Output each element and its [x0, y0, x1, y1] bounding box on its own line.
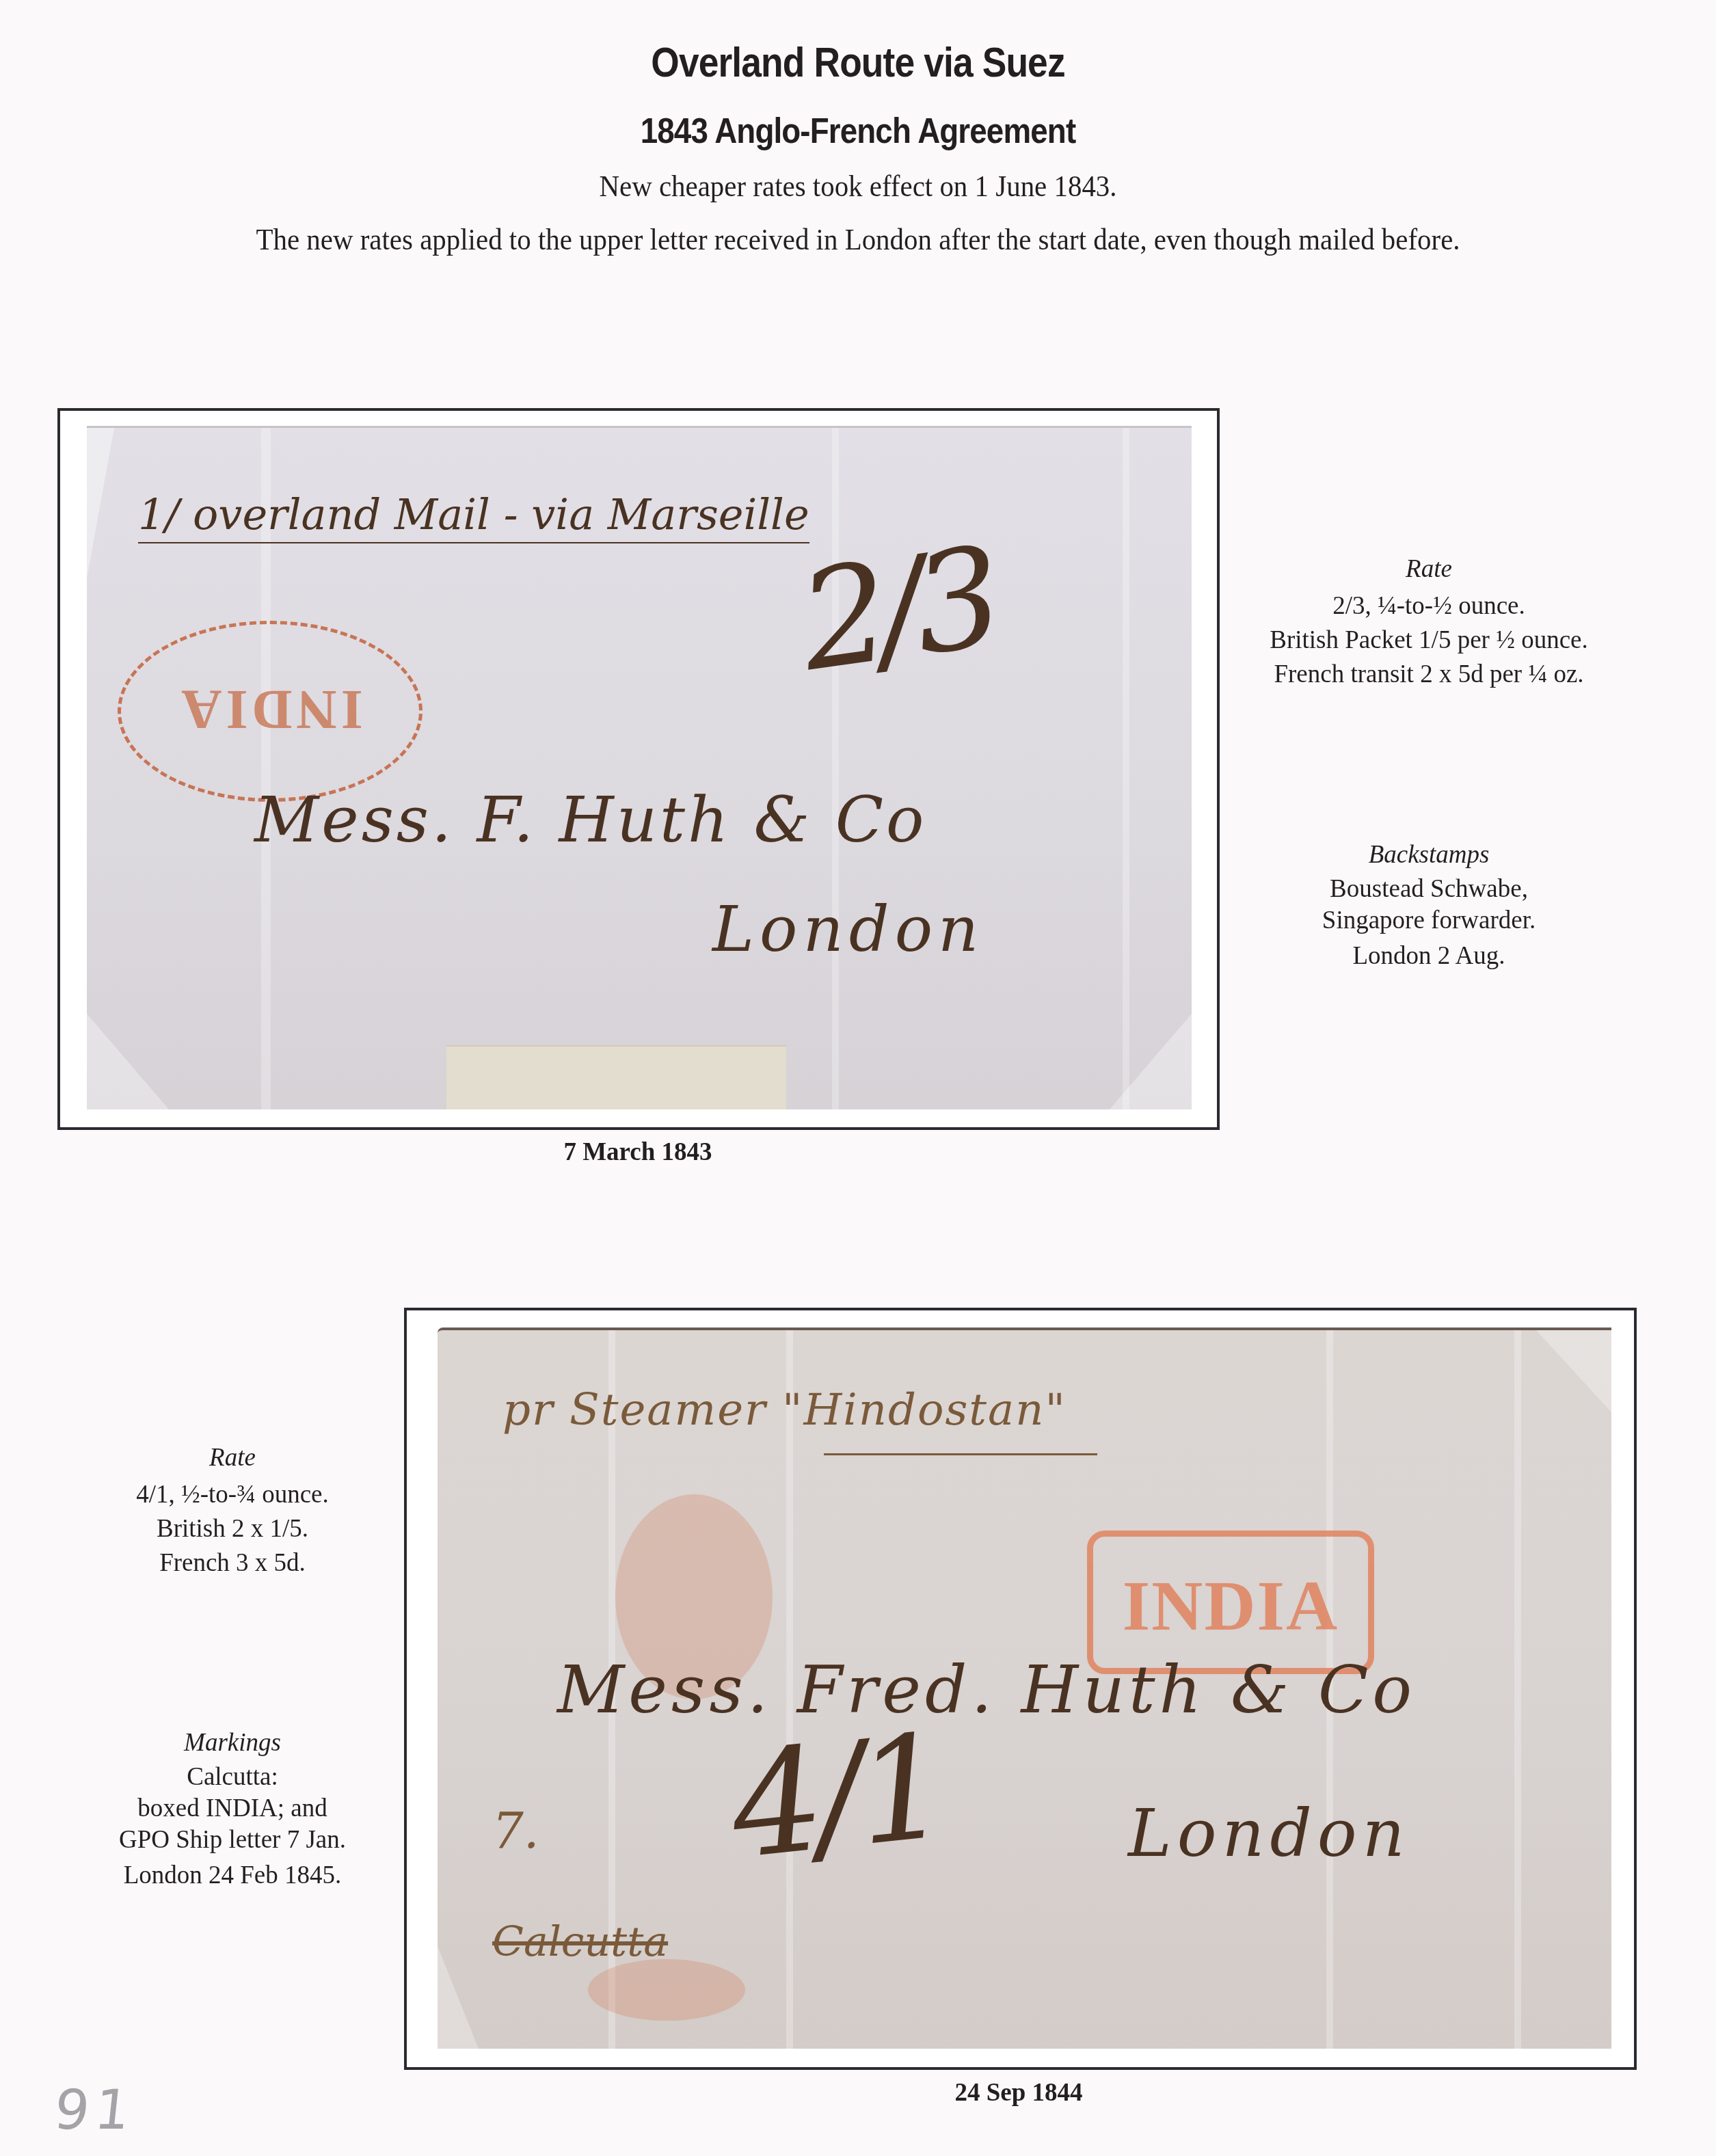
cover-1-date-caption: 7 March 1843 [501, 1137, 775, 1168]
corner-fold [87, 1014, 169, 1109]
note-line: 4/1, ½-to-¾ ounce. [68, 1478, 397, 1512]
note-line: London 2 Aug. [1224, 941, 1634, 972]
route-underline [824, 1453, 1097, 1455]
oval-india-handstamp: INDIA [118, 621, 423, 802]
handstamp-text: INDIA [1093, 1565, 1368, 1647]
cover-2-date-caption: 24 Sep 1844 [882, 2078, 1155, 2108]
manuscript-charge: 2/3 [791, 518, 1003, 703]
note-line: London 24 Feb 1845. [68, 1860, 397, 1891]
corner-fold [438, 1946, 479, 2049]
fold-line [832, 428, 839, 1109]
note-line: British 2 x 1/5. [68, 1512, 397, 1546]
manuscript-address-line-1: Mess. Fred. Huth & Co [557, 1652, 1416, 1728]
note-heading: Rate [68, 1441, 397, 1475]
manuscript-address-line-2: London [1128, 1795, 1410, 1872]
manuscript-origin: Calcutta [492, 1918, 668, 1966]
note-line: Calcutta: [68, 1762, 397, 1793]
archival-label-strip [446, 1045, 786, 1109]
page-title: Overland Route via Suez [120, 37, 1596, 89]
manuscript-route: 1/ overland Mail - via Marseille [138, 489, 809, 543]
note-heading: Markings [68, 1727, 397, 1759]
note-heading: Backstamps [1224, 839, 1634, 871]
note-line: French transit 2 x 5d per ¼ oz. [1224, 658, 1634, 692]
note-line: GPO Ship letter 7 Jan. [68, 1824, 397, 1856]
manuscript-address-line-1: Mess. F. Huth & Co [254, 783, 926, 857]
manuscript-address-line-2: London [712, 893, 984, 966]
cover-1-rate-note: Rate 2/3, ¼-to-½ ounce. British Packet 1… [1224, 552, 1634, 692]
intro-line-2: The new rates applied to the upper lette… [60, 221, 1656, 258]
note-line: boxed INDIA; and [68, 1793, 397, 1824]
corner-fold [1110, 1014, 1192, 1109]
pencil-page-number: 91 [51, 2078, 139, 2142]
fold-line [1514, 1330, 1521, 2049]
page-subtitle: 1843 Anglo-French Agreement [103, 109, 1613, 153]
note-line: Boustead Schwabe, [1224, 874, 1634, 905]
cover-2-rate-note: Rate 4/1, ½-to-¾ ounce. British 2 x 1/5.… [68, 1441, 397, 1580]
cover-1-image: 1/ overland Mail - via Marseille 2/3 IND… [87, 426, 1192, 1109]
intro-line-1: New cheaper rates took effect on 1 June … [60, 168, 1656, 205]
corner-fold [87, 428, 114, 578]
manuscript-route: pr Steamer "Hindostan" [502, 1385, 1067, 1436]
handstamp-text: INDIA [121, 677, 419, 742]
manuscript-margin-number: 7. [492, 1802, 539, 1859]
cover-2-markings-note: Markings Calcutta: boxed INDIA; and GPO … [68, 1727, 397, 1891]
faint-red-handstamp [588, 1959, 745, 2021]
fold-line [1123, 428, 1129, 1109]
note-line: British Packet 1/5 per ½ ounce. [1224, 623, 1634, 658]
note-line: Singapore forwarder. [1224, 905, 1634, 936]
corner-fold [1536, 1330, 1611, 1412]
cover-2-image: pr Steamer "Hindostan" INDIA Mess. Fred.… [438, 1328, 1611, 2049]
note-heading: Rate [1224, 552, 1634, 587]
note-line: French 3 x 5d. [68, 1546, 397, 1580]
manuscript-charge: 4/1 [723, 1703, 950, 1891]
cover-1-backstamps-note: Backstamps Boustead Schwabe, Singapore f… [1224, 839, 1634, 972]
note-line: 2/3, ¼-to-½ ounce. [1224, 589, 1634, 623]
